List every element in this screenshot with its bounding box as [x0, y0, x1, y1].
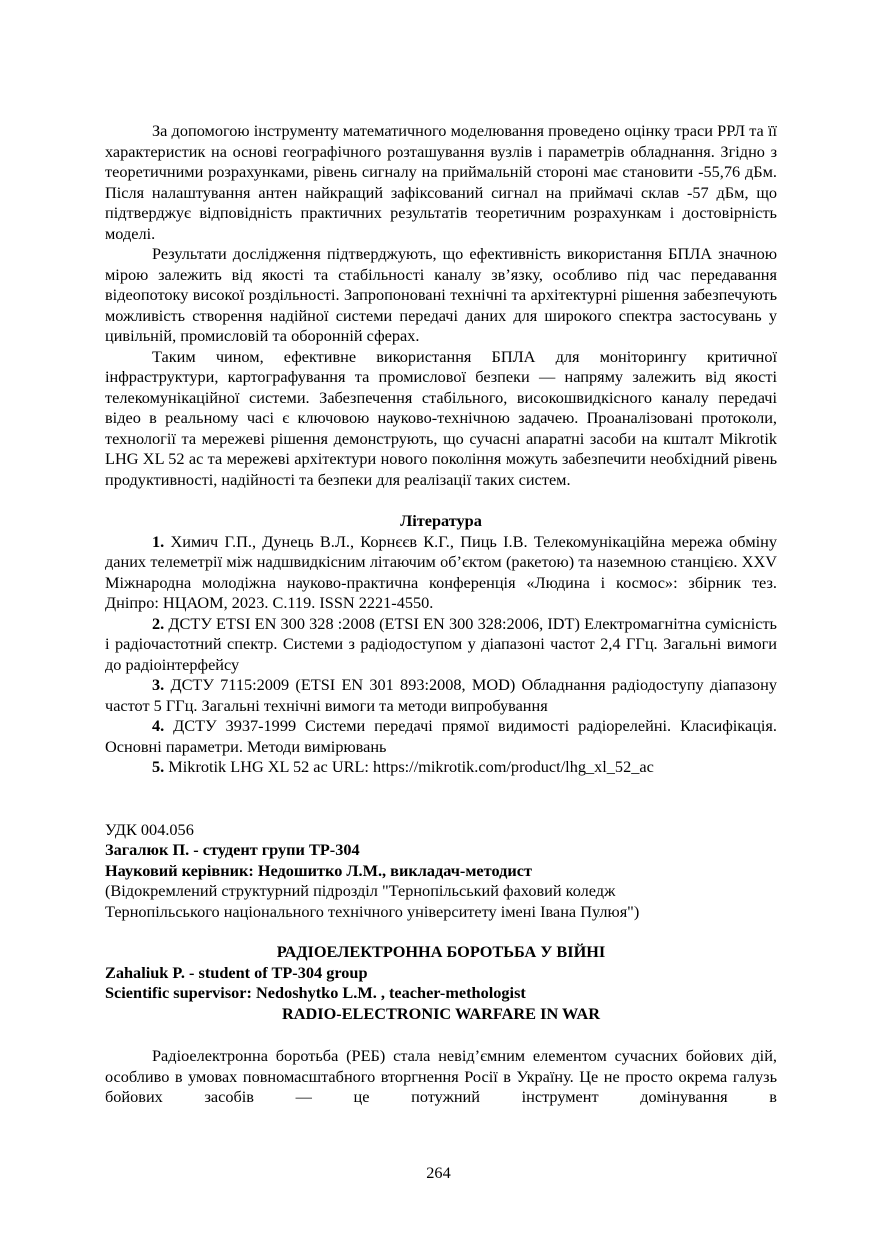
author-line-en: Zahaliuk P. - student of TP-304 group — [105, 963, 777, 984]
udk-code: УДК 004.056 — [105, 820, 777, 841]
article-title-uk: РАДІОЕЛЕКТРОННА БОРОТЬБА У ВІЙНІ — [105, 942, 777, 963]
body-paragraph: Результати дослідження підтверджують, що… — [105, 244, 777, 347]
reference-url: Mikrotik LHG XL 52 ac URL: https://mikro… — [168, 757, 654, 776]
next-article-header: УДК 004.056 Загалюк П. - студент групи Т… — [105, 820, 777, 923]
reference-item: 4. ДСТУ 3937-1999 Системи передачі прямо… — [105, 716, 777, 757]
reference-text: Химич Г.П., Дунець В.Л., Корнєєв К.Г., П… — [105, 532, 777, 613]
literature-heading: Література — [105, 511, 777, 532]
reference-text: ДСТУ 7115:2009 (ETSI EN 301 893:2008, MO… — [105, 675, 777, 715]
supervisor-line-en: Scientific supervisor: Nedoshytko L.M. ,… — [105, 983, 777, 1004]
reference-item: 1. Химич Г.П., Дунець В.Л., Корнєєв К.Г.… — [105, 532, 777, 614]
document-page: За допомогою інструменту математичного м… — [0, 0, 877, 1240]
reference-text: ДСТУ 3937-1999 Системи передачі прямої в… — [105, 716, 777, 756]
reference-number: 4. — [152, 716, 164, 735]
reference-item: 5. Mikrotik LHG XL 52 ac URL: https://mi… — [105, 757, 777, 778]
reference-item: 3. ДСТУ 7115:2009 (ETSI EN 301 893:2008,… — [105, 675, 777, 716]
supervisor-line-uk: Науковий керівник: Недошитко Л.М., викла… — [105, 861, 777, 882]
reference-number: 2. — [152, 614, 164, 633]
page-content: За допомогою інструменту математичного м… — [105, 121, 777, 1108]
author-line-uk: Загалюк П. - студент групи ТР-304 — [105, 840, 777, 861]
affiliation-line: Тернопільського національного технічного… — [105, 902, 777, 923]
body-paragraph: Таким чином, ефективне використання БПЛА… — [105, 347, 777, 491]
reference-text: ДСТУ ETSI EN 300 328 :2008 (ETSI EN 300 … — [105, 614, 777, 674]
reference-item: 2. ДСТУ ETSI EN 300 328 :2008 (ETSI EN 3… — [105, 614, 777, 676]
page-number: 264 — [0, 1163, 877, 1184]
reference-number: 5. — [152, 757, 164, 776]
affiliation-line: (Відокремлений структурний підрозділ "Те… — [105, 881, 777, 902]
reference-number: 3. — [152, 675, 164, 694]
body-paragraph: За допомогою інструменту математичного м… — [105, 121, 777, 244]
article-title-en: RADIO-ELECTRONIC WARFARE IN WAR — [105, 1004, 777, 1025]
reference-number: 1. — [152, 532, 164, 551]
intro-paragraph: Радіоелектронна боротьба (РЕБ) стала нев… — [105, 1046, 777, 1108]
